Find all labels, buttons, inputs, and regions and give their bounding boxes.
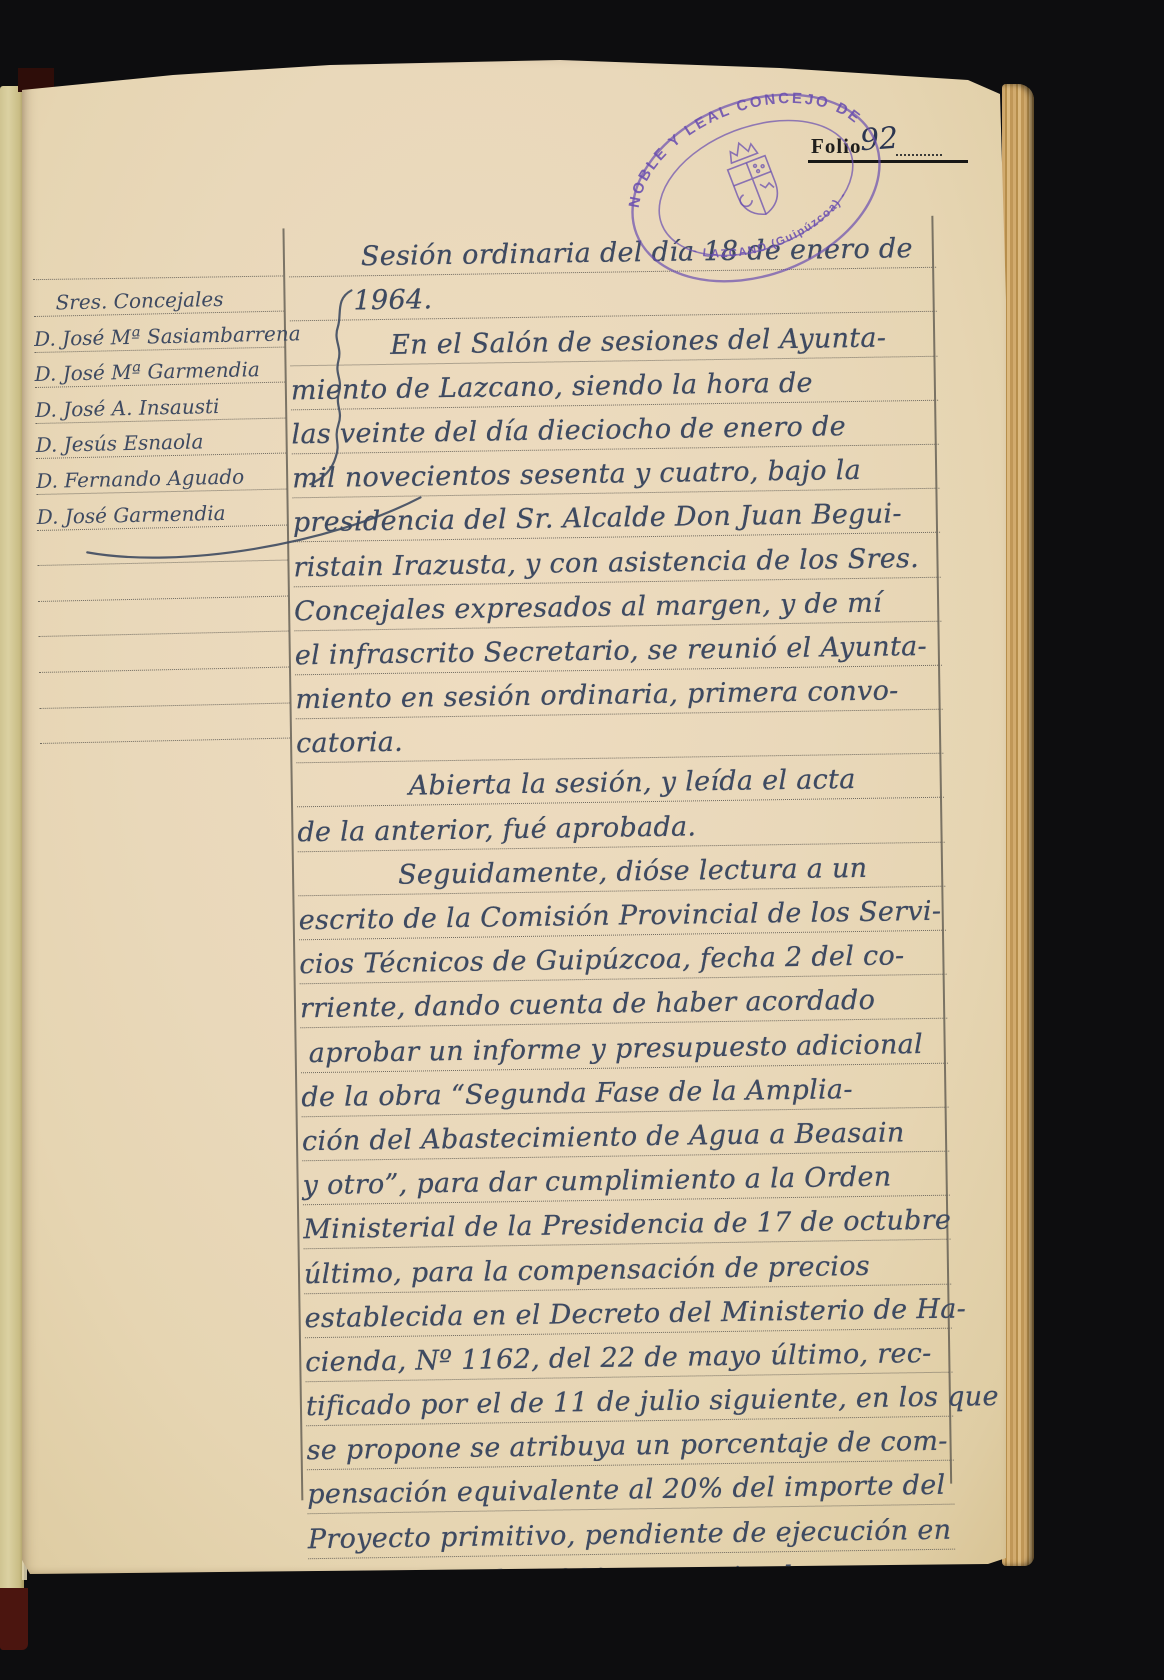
left-page-stack-edge bbox=[0, 86, 24, 1598]
margin-row: D. José Mª Sasiambarrena bbox=[34, 311, 285, 352]
margin-row bbox=[37, 525, 288, 566]
manuscript-line: 1º de marzo de 1.963, que asciende a bbox=[308, 1549, 956, 1603]
manuscript-line: 2.758.479'25 Pts., que quedará aumenta- bbox=[309, 1593, 957, 1647]
margin-header: Sres. Concejales bbox=[33, 276, 284, 317]
margin-row bbox=[38, 596, 289, 637]
margin-row: D. Jesús Esnaola bbox=[35, 418, 286, 459]
manuscript-lines: Sesión ordinaria del día 18 de enero de1… bbox=[289, 224, 957, 1647]
photographed-minute-book: Folio 92 Sres. ConcejalesD. José Mª Sasi… bbox=[0, 0, 1164, 1680]
binding-bottom-sliver bbox=[0, 1588, 28, 1650]
margin-row: D. José A. Insausti bbox=[35, 382, 286, 423]
margin-rows: Sres. ConcejalesD. José Mª Sasiambarrena… bbox=[33, 275, 290, 742]
margin-row: D. Fernando Aguado bbox=[36, 454, 287, 495]
margin-row bbox=[38, 631, 289, 672]
margin-row: D. José Garmendia bbox=[36, 489, 287, 530]
right-page-stack-edge bbox=[1002, 84, 1034, 1566]
manuscript-page: Folio 92 Sres. ConcejalesD. José Mª Sasi… bbox=[22, 60, 1006, 1576]
margin-row bbox=[39, 703, 290, 744]
margin-row bbox=[37, 560, 288, 601]
margin-row: D. José Mª Garmendia bbox=[34, 347, 285, 388]
margin-row bbox=[39, 667, 290, 708]
